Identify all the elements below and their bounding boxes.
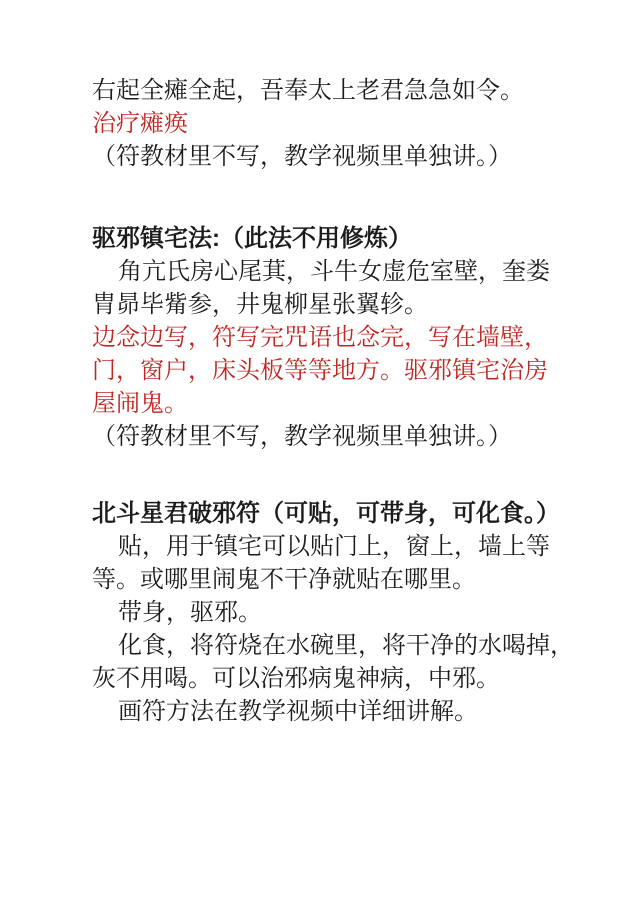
text-line-mansions-2: 胄昴毕觜参，井鬼柳星张翼轸。 bbox=[92, 288, 588, 321]
text-line-red-instructions-3: 屋闹鬼。 bbox=[92, 387, 588, 420]
text-line-mansions-1: 角亢氏房心尾萁，斗牛女虚危室壁，奎娄 bbox=[92, 255, 588, 288]
text-line-note: （符教材里不写，教学视频里单独讲。） bbox=[92, 420, 588, 453]
text-line-carry-usage: 带身，驱邪。 bbox=[92, 596, 588, 629]
section-curing-paralysis: 右起全瘫全起，吾奉太上老君急急如令。 治疗瘫痪 （符教材里不写，教学视频里单独讲… bbox=[92, 74, 588, 173]
text-line: 右起全瘫全起，吾奉太上老君急急如令。 bbox=[92, 74, 588, 107]
section-big-dipper-talisman: 北斗星君破邪符（可贴，可带身，可化食。） 贴，用于镇宅可以贴门上，窗上，墙上等 … bbox=[92, 497, 588, 728]
text-line-dissolve-usage-1: 化食，将符烧在水碗里，将干净的水喝掉， bbox=[92, 629, 588, 662]
text-line-paste-usage-2: 等。或哪里闹鬼不干净就贴在哪里。 bbox=[92, 563, 588, 596]
text-line-red-instructions-1: 边念边写，符写完咒语也念完，写在墙壁， bbox=[92, 321, 588, 354]
document-page: 右起全瘫全起，吾奉太上老君急急如令。 治疗瘫痪 （符教材里不写，教学视频里单独讲… bbox=[0, 0, 644, 911]
text-line-dissolve-usage-2: 灰不用喝。可以治邪病鬼神病，中邪。 bbox=[92, 662, 588, 695]
section-heading: 北斗星君破邪符（可贴，可带身，可化食。） bbox=[92, 497, 588, 530]
text-line-video-note: 画符方法在教学视频中详细讲解。 bbox=[92, 695, 588, 728]
section-exorcism-home-protection: 驱邪镇宅法:（此法不用修炼） 角亢氏房心尾萁，斗牛女虚危室壁，奎娄 胄昴毕觜参，… bbox=[92, 222, 588, 453]
text-line-red-treatment: 治疗瘫痪 bbox=[92, 107, 588, 140]
text-line-note: （符教材里不写，教学视频里单独讲。） bbox=[92, 140, 588, 173]
text-line-paste-usage-1: 贴，用于镇宅可以贴门上，窗上，墙上等 bbox=[92, 530, 588, 563]
section-heading: 驱邪镇宅法:（此法不用修炼） bbox=[92, 222, 588, 255]
text-line-red-instructions-2: 门，窗户，床头板等等地方。驱邪镇宅治房 bbox=[92, 354, 588, 387]
